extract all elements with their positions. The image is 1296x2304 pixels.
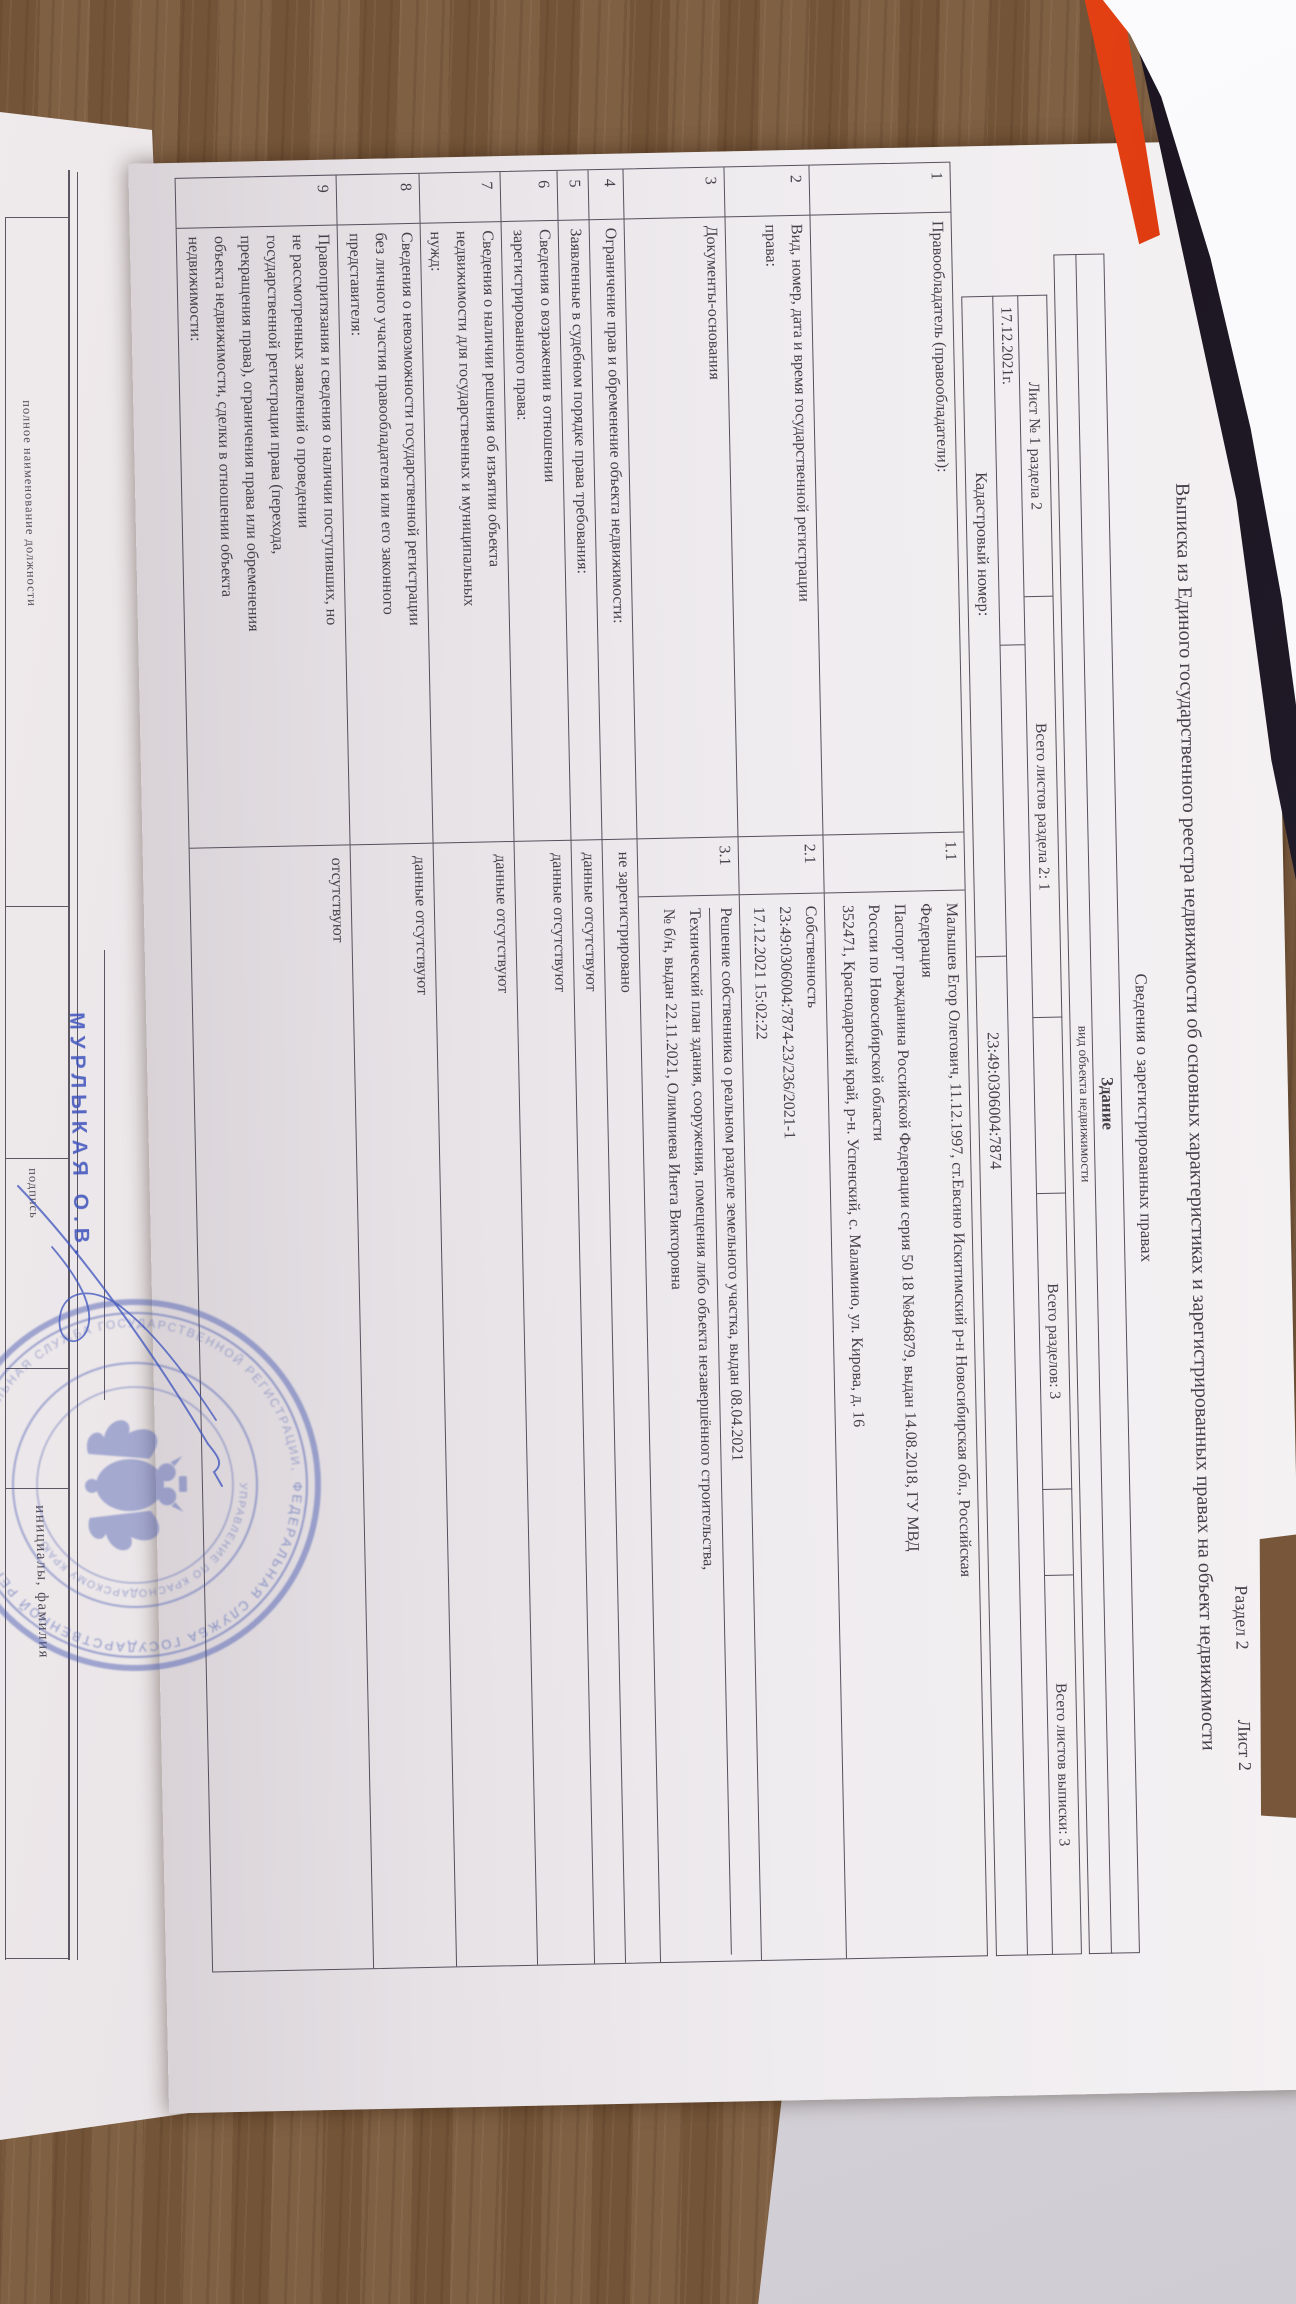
under-sheet-line — [5, 217, 6, 1960]
signature-sign-label: подпись — [25, 1168, 41, 1219]
sheet-info-cell — [1032, 1016, 1066, 1193]
row-number: 5 — [557, 170, 588, 221]
sheet-number: Лист 2 — [1234, 1719, 1255, 1771]
section-number: Раздел 2 — [1231, 1585, 1252, 1650]
sub-number: 3.1 — [638, 837, 739, 897]
sheet-info-cell — [1042, 1488, 1074, 1575]
row-number: 9 — [176, 176, 337, 229]
row-number: 8 — [337, 174, 420, 226]
under-sheet-line — [5, 1958, 69, 1959]
row-number: 4 — [588, 170, 623, 221]
row-label: Документы-основания — [625, 217, 738, 839]
row-label: Правообладатель (правообладатели): — [810, 213, 963, 836]
row-label: Правопритязания и сведения о наличии пос… — [177, 226, 350, 849]
row-number: 3 — [623, 167, 724, 219]
row-number: 7 — [420, 172, 501, 224]
under-sheet-line — [5, 217, 69, 218]
sheet-info-cell: Лист № 1 раздела 2 — [1017, 295, 1053, 597]
sheet-info-cell: Всего разделов: 3 — [1036, 1192, 1072, 1489]
row-label: Вид, номер, дата и время государственной… — [726, 216, 823, 838]
row-value: отсутствуют — [190, 845, 373, 1971]
section-sheet-header: Раздел 2Лист 2 — [1228, 1585, 1258, 1771]
under-sheet-line — [5, 1158, 69, 1159]
egrn-extract-sheet: Раздел 2Лист 2 Выписка из Единого госуда… — [128, 140, 1296, 2113]
sub-number: 1.1 — [823, 833, 964, 894]
row-number: 1 — [809, 163, 950, 216]
rights-table: 1 Правообладатель (правообладатели): 1.1… — [175, 162, 988, 1973]
under-sheet-line — [5, 1368, 69, 1369]
under-sheet-line — [5, 1488, 69, 1489]
row-label: Сведения о наличии решения об изъятии об… — [421, 222, 514, 844]
under-sheet-line — [5, 906, 69, 907]
row-number: 6 — [501, 171, 558, 222]
row-label: Сведения о невозможности государственной… — [338, 224, 433, 846]
row-number: 2 — [724, 166, 809, 218]
row-value: 1.1 Малышев Егор Олегович, 11.12.1997, с… — [823, 833, 986, 1959]
under-sheet-line — [104, 950, 105, 1400]
sub-number: 2.1 — [738, 835, 823, 895]
document-title: Выписка из Единого государственного реес… — [1162, 142, 1229, 2092]
